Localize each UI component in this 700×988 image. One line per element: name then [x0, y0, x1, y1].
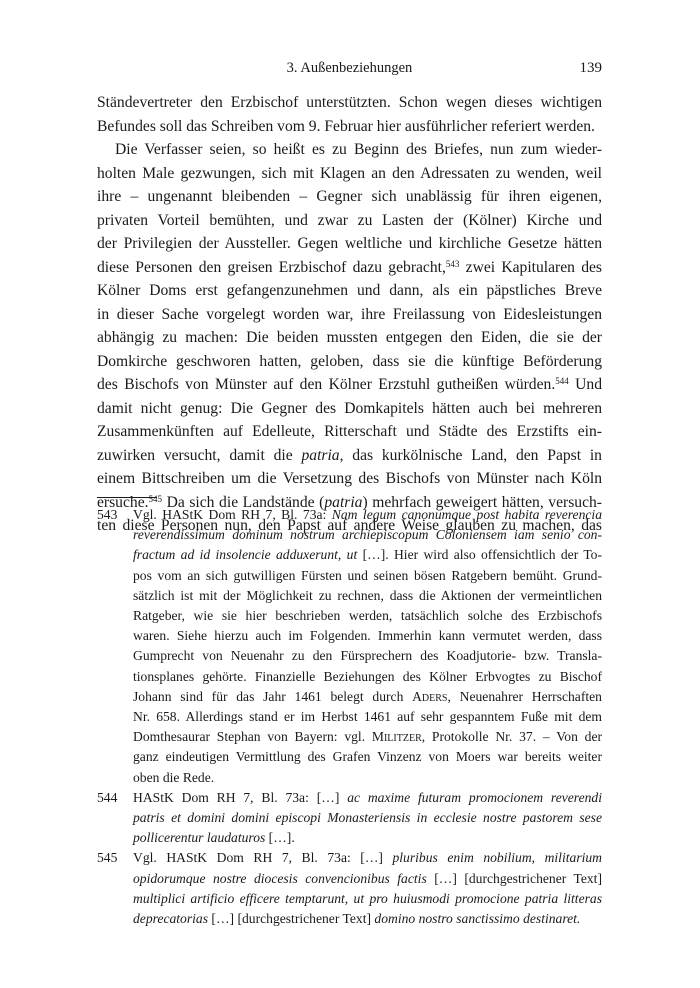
italic-term: patria [301, 447, 339, 464]
text-run: […] [durchgestrichener Text] [427, 871, 602, 886]
latin-quote: fractum ad id insolencie adduxerunt, ut [133, 547, 357, 562]
footnote-line: sätzlich ist mit der Möglichkeit zu rech… [133, 586, 602, 606]
text-line: holten Male gezwungen, sich mit Klagen a… [97, 162, 602, 186]
text-run: Vgl. HAStK Dom RH 7, Bl. 73a: […] [133, 850, 392, 865]
text-run: , Protokolle Nr. 37. – Von der [422, 729, 602, 744]
page-number: 139 [580, 60, 603, 77]
footnote-544: 544HAStK Dom RH 7, Bl. 73a: […] ac maxim… [97, 788, 602, 849]
text-run: , Neuenahrer Herrschaften [448, 689, 602, 704]
text-line: Befundes soll das Schreiben vom 9. Febru… [97, 115, 602, 139]
text-run: Vgl. HAStK Dom RH 7, Bl. 73a: [133, 507, 332, 522]
latin-quote: opidorumque nostre diocesis convencionib… [133, 871, 427, 886]
text-line: Ständevertreter den Erzbischof unterstüt… [97, 91, 602, 115]
text-run: des Bischofs von Münster auf den Kölner … [97, 376, 555, 393]
footnote-line: multiplici artificio efficere temptarunt… [133, 889, 602, 909]
text-run: […]. [265, 830, 294, 845]
text-line: in dieser Sache vorgelegt worden war, ih… [97, 303, 602, 327]
text-run: Nr. 658. Allerdings stand er im Herbst 1… [133, 709, 602, 724]
footnote-number: 544 [97, 788, 117, 808]
text-line: einem Bittschreiben um die Versetzung de… [97, 467, 602, 491]
text-run: Ratgeber, wie sie hier beschrieben werde… [133, 608, 602, 623]
footnote-line: Johann sind für das Jahr 1461 belegt dur… [133, 687, 602, 707]
text-line: Zusammenkünften auf Edelleute, Rittersch… [97, 420, 602, 444]
footnote-line: deprecatorias […] [durchgestrichener Tex… [133, 909, 602, 929]
footnote-ref[interactable]: 545 [149, 494, 163, 504]
text-run: diese Personen den greisen Erzbischof da… [97, 259, 446, 276]
text-line: des Bischofs von Münster auf den Kölner … [97, 373, 602, 397]
footnote-545: 545Vgl. HAStK Dom RH 7, Bl. 73a: […] plu… [97, 848, 602, 929]
main-text: Ständevertreter den Erzbischof unterstüt… [97, 91, 602, 538]
text-run: oben die Rede. [133, 770, 214, 785]
text-run: zwei Kapitularen des [459, 259, 602, 276]
footnote-line: tionsplanes gehörte. Finanzielle Beziehu… [133, 667, 602, 687]
text-line: ihre – ungenannt bleibenden – Gegner sic… [97, 185, 602, 209]
text-line: Die Verfasser seien, so heißt es zu Begi… [97, 138, 602, 162]
footnote-number: 545 [97, 848, 117, 868]
footnotes: 543Vgl. HAStK Dom RH 7, Bl. 73a: Nam leg… [97, 505, 602, 929]
footnote-line: HAStK Dom RH 7, Bl. 73a: […] ac maxime f… [133, 788, 602, 808]
text-line: zuwirken versucht, damit die patria, das… [97, 444, 602, 468]
text-run: Gumprecht von Neuenahr zu den Fürspreche… [133, 648, 602, 663]
footnote-number: 543 [97, 505, 117, 525]
running-head: 3. Außenbeziehungen 139 [97, 60, 602, 80]
latin-quote: ac maxime futuram promocionem reverendi [347, 790, 602, 805]
footnote-line: Ratgeber, wie sie hier beschrieben werde… [133, 606, 602, 626]
text-line: privaten Vorteil bemühten, und zwar zu L… [97, 209, 602, 233]
text-line: diese Personen den greisen Erzbischof da… [97, 256, 602, 280]
footnote-line: Gumprecht von Neuenahr zu den Fürspreche… [133, 646, 602, 666]
text-run: Domthesaurar Stephan von Bayern: vgl. [133, 729, 372, 744]
text-run: Johann sind für das Jahr 1461 belegt dur… [133, 689, 412, 704]
footnote-line: pos vom an sich gutwilligen Fürsten und … [133, 566, 602, 586]
text-run: […]. Hier wird also offensichtlich der T… [357, 547, 602, 562]
text-line: der Privilegien der Aussteller. Gegen we… [97, 232, 602, 256]
text-run: ganz eindeutigen Vermittlung des Grafen … [133, 749, 602, 764]
text-run: sätzlich ist mit der Möglichkeit zu rech… [133, 588, 602, 603]
footnote-line: Vgl. HAStK Dom RH 7, Bl. 73a: Nam legum … [133, 505, 602, 525]
footnote-line: waren. Siehe hierzu auch im Folgenden. I… [133, 626, 602, 646]
text-run: […] [durchgestrichener Text] [208, 911, 374, 926]
text-run: zuwirken versucht, damit die [97, 447, 301, 464]
text-run: waren. Siehe hierzu auch im Folgenden. I… [133, 628, 602, 643]
text-line: abhängig zu machen: Die beiden mussten e… [97, 326, 602, 350]
latin-quote: pollicerentur laudaturos [133, 830, 265, 845]
latin-quote: pluribus enim nobilium, militarium [392, 850, 602, 865]
footnote-543: 543Vgl. HAStK Dom RH 7, Bl. 73a: Nam leg… [97, 505, 602, 788]
footnote-ref[interactable]: 544 [555, 376, 569, 386]
latin-quote: Nam legum canonumque post habita reveren… [332, 507, 602, 522]
latin-quote: patris et domini domini episcopi Monaste… [133, 810, 602, 825]
latin-quote: domino nostro sanctissimo destinaret. [374, 911, 580, 926]
footnote-line: opidorumque nostre diocesis convencionib… [133, 869, 602, 889]
footnote-line: pollicerentur laudaturos […]. [133, 828, 602, 848]
latin-quote: reverendissimum dominum nostrum archiepi… [133, 527, 602, 542]
latin-quote: deprecatorias [133, 911, 208, 926]
text-run: tionsplanes gehörte. Finanzielle Beziehu… [133, 669, 602, 684]
footnote-ref[interactable]: 543 [446, 259, 460, 269]
text-run: , das kurkölnische Land, den Papst in [340, 447, 602, 464]
footnote-line: oben die Rede. [133, 768, 602, 788]
footnote-line: ganz eindeutigen Vermittlung des Grafen … [133, 747, 602, 767]
footnote-line: Vgl. HAStK Dom RH 7, Bl. 73a: […] plurib… [133, 848, 602, 868]
text-run: HAStK Dom RH 7, Bl. 73a: […] [133, 790, 347, 805]
text-line: Kölner Doms erst gefangenzunehmen und da… [97, 279, 602, 303]
footnote-line: patris et domini domini episcopi Monaste… [133, 808, 602, 828]
footnote-line: fractum ad id insolencie adduxerunt, ut … [133, 545, 602, 565]
footnote-separator [97, 497, 157, 498]
author-name: Aders [412, 689, 447, 704]
chapter-title: 3. Außenbeziehungen [97, 60, 602, 77]
text-line: Domkirche geschworen hatten, geloben, da… [97, 350, 602, 374]
text-line: damit nicht genug: Die Gegner des Domkap… [97, 397, 602, 421]
footnote-line: reverendissimum dominum nostrum archiepi… [133, 525, 602, 545]
latin-quote: multiplici artificio efficere temptarunt… [133, 891, 602, 906]
text-run: Und [569, 376, 602, 393]
text-run: pos vom an sich gutwilligen Fürsten und … [133, 568, 602, 583]
author-name: Militzer [372, 729, 422, 744]
footnote-line: Nr. 658. Allerdings stand er im Herbst 1… [133, 707, 602, 727]
footnote-line: Domthesaurar Stephan von Bayern: vgl. Mi… [133, 727, 602, 747]
